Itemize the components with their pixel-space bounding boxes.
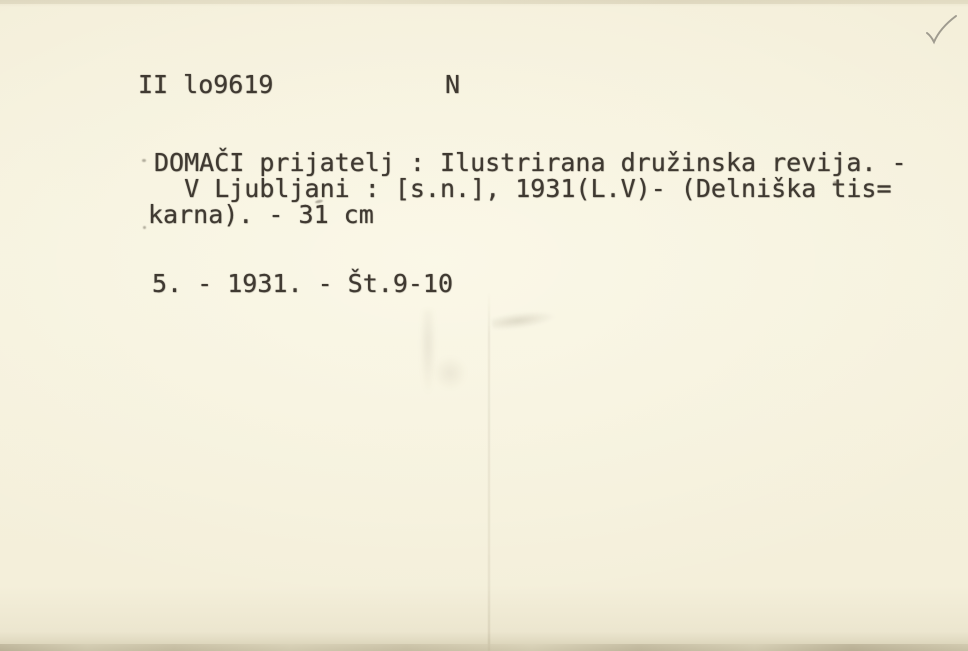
checkmark-icon (922, 12, 962, 50)
holdings-line: 5. - 1931. - Št.9-10 (152, 271, 453, 297)
description-line-2: V Ljubljani : [s.n.], 1931(L.V)- (Delniš… (154, 176, 892, 202)
scan-top-edge (0, 0, 968, 4)
ink-speck (142, 159, 146, 162)
scan-bottom-edge (0, 644, 968, 651)
description-line-3: karna). - 31 cm (148, 202, 374, 228)
description-line-1: DOMAČI prijatelj : Ilustrirana družinska… (154, 150, 907, 176)
ink-smudge (420, 310, 436, 396)
ink-smudge (433, 356, 467, 390)
classification-letter: N (445, 72, 460, 98)
ink-speck (833, 181, 838, 185)
paper-crease (488, 292, 490, 651)
call-number: II lo9619 (138, 72, 273, 98)
catalog-card: II lo9619 N DOMAČI prijatelj : Ilustrira… (0, 0, 968, 651)
ink-speck (143, 226, 146, 229)
ink-smudge (491, 308, 556, 332)
